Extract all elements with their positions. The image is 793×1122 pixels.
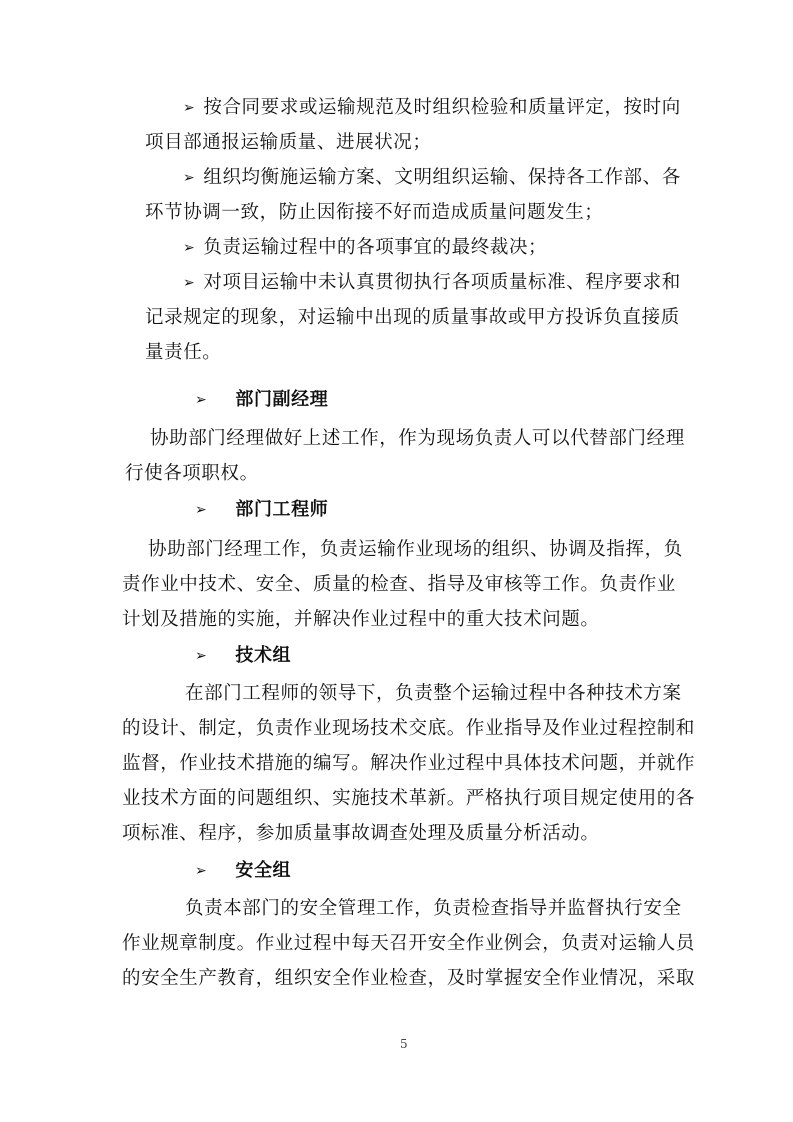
bullet-item-4-line-1: ➢对项目运输中未认真贯彻执行各项质量标准、程序要求和 <box>183 272 681 295</box>
arrow-bullet-icon: ➢ <box>195 389 207 411</box>
section-4-line-3: 的安全生产教育，组织安全作业检查，及时掌握安全作业情况，采取 <box>122 968 695 990</box>
bullet-item-1-line-2: 项目部通报运输质量、进展状况； <box>145 132 432 154</box>
section-3-line-5: 项标准、程序，参加质量事故调查处理及质量分析活动。 <box>122 823 600 845</box>
bullet-item-4-line-2: 记录规定的现象，对运输中出现的质量事故或甲方投诉负直接质 <box>145 307 680 329</box>
section-1-line-1: 协助部门经理做好上述工作，作为现场负责人可以代替部门经理 <box>150 428 685 450</box>
section-heading-safety-group: ➢安全组 <box>195 860 291 883</box>
section-3-line-2: 的设计、制定，负责作业现场技术交底。作业指导及作业过程控制和 <box>122 718 695 740</box>
bullet-item-2-line-2: 环节协调一致，防止因衔接不好而造成质量问题发生； <box>145 202 603 224</box>
section-2-line-1: 协助部门经理工作，负责运输作业现场的组织、协调及指挥，负 <box>148 539 683 561</box>
bullet-item-3-line-1: ➢负责运输过程中的各项事宜的最终裁决； <box>183 237 547 260</box>
section-3-line-3: 监督，作业技术措施的编写。解决作业过程中具体技术问题，并就作 <box>122 753 695 775</box>
section-2-line-2: 责作业中技术、安全、质量的检查、指导及审核等工作。负责作业 <box>122 574 676 596</box>
arrow-bullet-icon: ➢ <box>195 645 207 667</box>
page-number: 5 <box>400 1037 408 1051</box>
section-heading-tech-group: ➢技术组 <box>195 645 291 668</box>
section-4-line-1: 负责本部门的安全管理工作，负责检查指导并监督执行安全 <box>185 898 682 920</box>
section-heading-dept-engineer: ➢部门工程师 <box>195 499 328 522</box>
arrow-bullet-icon: ➢ <box>183 97 195 119</box>
section-heading-deputy-manager: ➢部门副经理 <box>195 389 328 412</box>
bullet-item-2-line-1: ➢组织均衡施运输方案、文明组织运输、保持各工作部、各 <box>183 167 681 190</box>
arrow-bullet-icon: ➢ <box>183 237 195 259</box>
section-3-line-4: 业技术方面的问题组织、实施技术革新。严格执行项目规定使用的各 <box>122 788 695 810</box>
bullet-item-1-line-1: ➢按合同要求或运输规范及时组织检验和质量评定，按时向 <box>183 97 681 120</box>
arrow-bullet-icon: ➢ <box>195 499 207 521</box>
arrow-bullet-icon: ➢ <box>183 167 195 189</box>
section-2-line-3: 计划及措施的实施，并解决作业过程中的重大技术问题。 <box>122 609 600 631</box>
section-3-line-1: 在部门工程师的领导下，负责整个运输过程中各种技术方案 <box>185 683 682 705</box>
arrow-bullet-icon: ➢ <box>183 272 195 294</box>
arrow-bullet-icon: ➢ <box>195 860 207 882</box>
bullet-item-4-line-3: 量责任。 <box>145 342 221 364</box>
section-4-line-2: 作业规章制度。作业过程中每天召开安全作业例会，负责对运输人员 <box>122 933 695 955</box>
section-1-line-2: 行使各项职权。 <box>125 463 259 485</box>
